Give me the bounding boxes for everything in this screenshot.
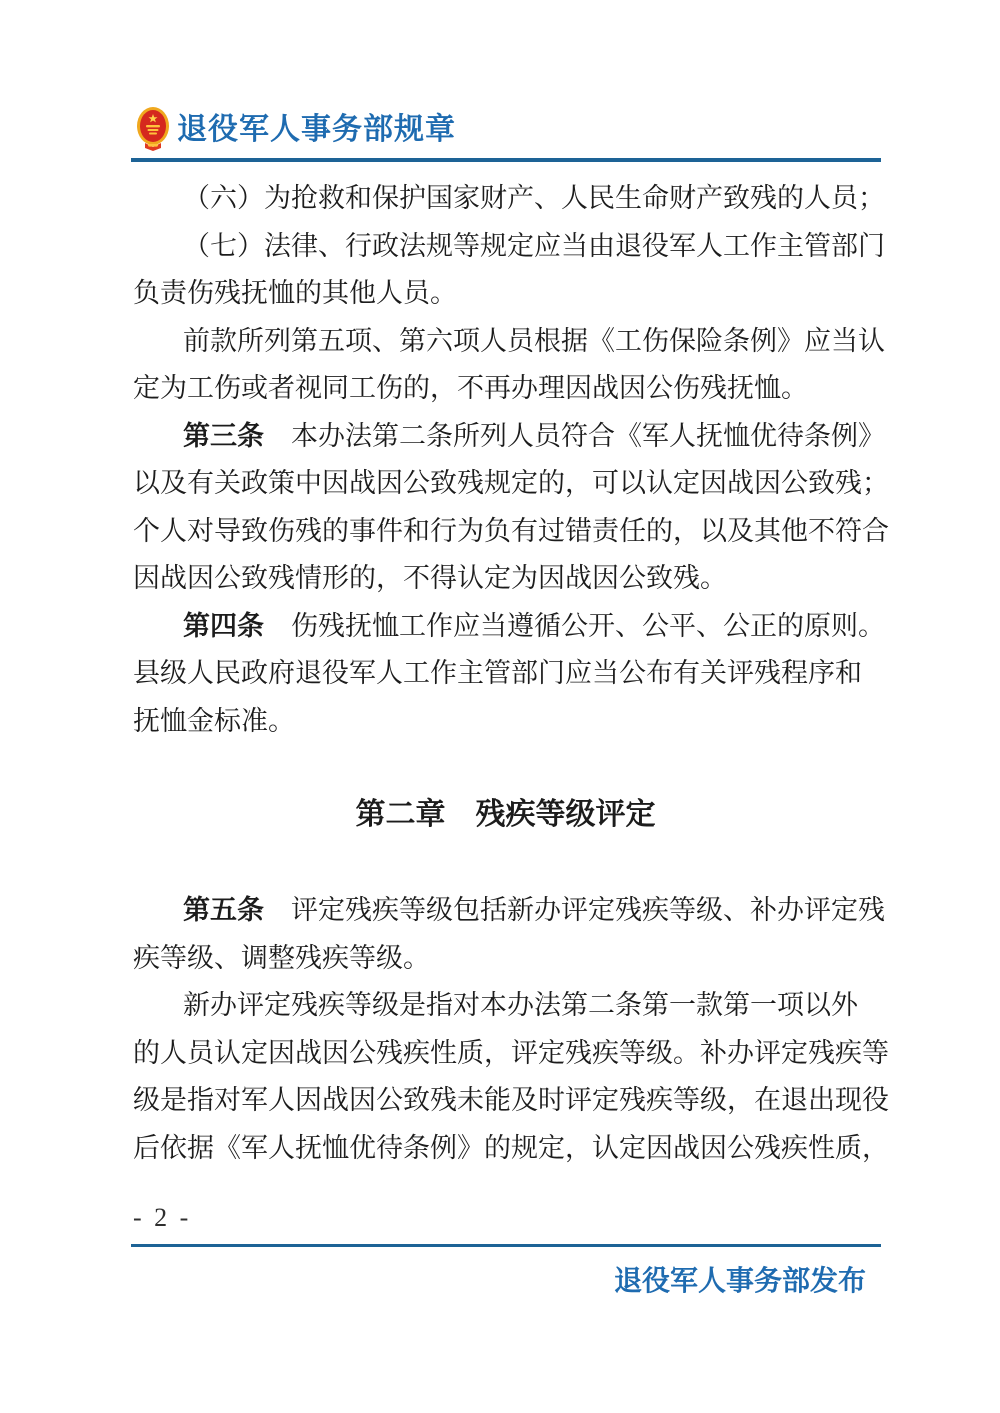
text-line: （七）法律、行政法规等规定应当由退役军人工作主管部门 (133, 223, 878, 271)
text-line: （六）为抢救和保护国家财产、人民生命财产致残的人员； (133, 175, 878, 223)
text-line: 疾等级、调整残疾等级。 (133, 935, 878, 983)
article-number: 第四条 (183, 611, 264, 641)
text-line: 定为工伤或者视同工伤的，不再办理因战因公伤残抚恤。 (133, 365, 878, 413)
text-line: 第三条 本办法第二条所列人员符合《军人抚恤优待条例》 (133, 413, 878, 461)
text-line: 后依据《军人抚恤优待条例》的规定，认定因战因公残疾性质， (133, 1125, 878, 1173)
text-line: 个人对导致伤残的事件和行为负有过错责任的，以及其他不符合 (133, 508, 878, 556)
text-line: 第四条 伤残抚恤工作应当遵循公开、公平、公正的原则。 (133, 603, 878, 651)
article-number: 第五条 (183, 895, 264, 925)
text-line: 前款所列第五项、第六项人员根据《工伤保险条例》应当认 (133, 318, 878, 366)
chapter-heading: 第二章 残疾等级评定 (133, 791, 878, 839)
header-rule (131, 158, 881, 162)
text-line: 县级人民政府退役军人工作主管部门应当公布有关评残程序和 (133, 650, 878, 698)
header-title: 退役军人事务部规章 (177, 108, 456, 152)
text-line: 因战因公致残情形的，不得认定为因战因公致残。 (133, 555, 878, 603)
text-line: 抚恤金标准。 (133, 698, 878, 746)
text-line: 第五条 评定残疾等级包括新办评定残疾等级、补办评定残 (133, 887, 878, 935)
page-number: - 2 - (133, 1203, 191, 1233)
text-line: 负责伤残抚恤的其他人员。 (133, 270, 878, 318)
footer-rule (131, 1244, 881, 1247)
text-line: 以及有关政策中因战因公致残规定的，可以认定因战因公致残； (133, 460, 878, 508)
text-line: 的人员认定因战因公残疾性质，评定残疾等级。补办评定残疾等 (133, 1030, 878, 1078)
text-line: 新办评定残疾等级是指对本办法第二条第一款第一项以外 (133, 982, 878, 1030)
publisher-label: 退役军人事务部发布 (133, 1262, 866, 1302)
article-number: 第三条 (183, 421, 264, 451)
text-line: 级是指对军人因战因公致残未能及时评定残疾等级，在退出现役 (133, 1077, 878, 1125)
document-page: 退役军人事务部规章 （六）为抢救和保护国家财产、人民生命财产致残的人员；（七）法… (0, 0, 1000, 1413)
national-emblem-icon (136, 106, 170, 152)
document-body: （六）为抢救和保护国家财产、人民生命财产致残的人员；（七）法律、行政法规等规定应… (133, 175, 878, 1172)
